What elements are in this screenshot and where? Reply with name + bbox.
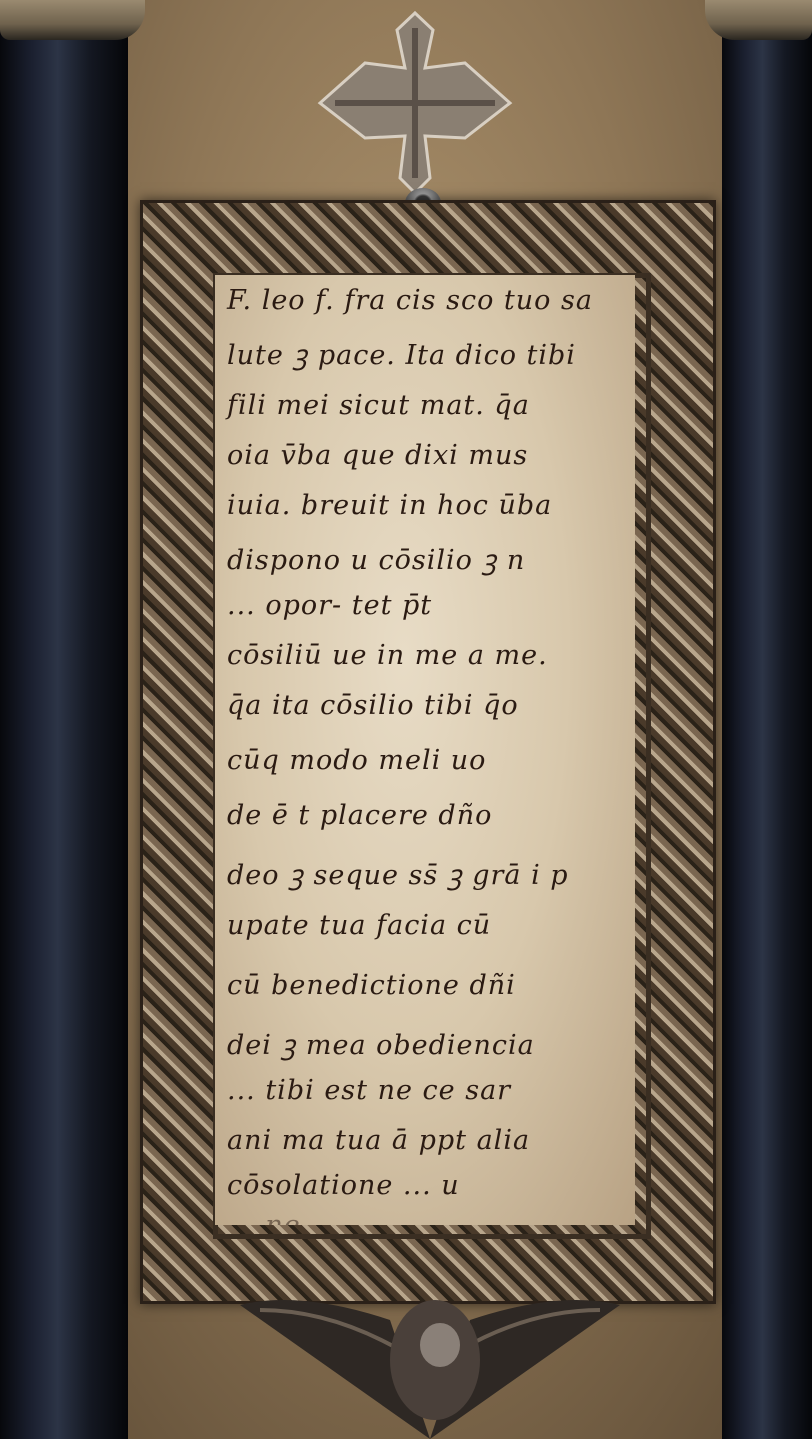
manuscript-line: oia v̄ba que dixi mus [227, 440, 528, 471]
manuscript-line: lute ꝫ pace. Ita dico tibi [227, 335, 576, 372]
left-column [0, 0, 128, 1439]
manuscript-line: ... opor- tet p̄t [227, 590, 432, 621]
right-column [722, 0, 812, 1439]
cross-icon [315, 8, 515, 198]
manuscript-line: deo ꝫ seque ss̄ ꝫ grā i p [227, 855, 569, 892]
manuscript-line: de ē t placere dño [227, 800, 492, 831]
manuscript-line: ... tibi est ne ce sar [227, 1075, 511, 1106]
manuscript-line: dispono u cōsilio ꝫ n [227, 540, 525, 577]
manuscript-line: cōsiliū ue in me a me. [227, 640, 548, 671]
manuscript-line: upate tua facia cū [227, 910, 491, 941]
manuscript-line: F. leo f. fra cis sco tuo sa [227, 285, 593, 316]
manuscript-line: ... ne ... [227, 1210, 339, 1225]
manuscript-parchment: F. leo f. fra cis sco tuo sa lute ꝫ pace… [215, 275, 635, 1225]
manuscript-line: q̄a ita cōsilio tibi q̄o [227, 690, 519, 721]
right-column-capital [705, 0, 812, 40]
manuscript-line: cū benedictione dñi [227, 970, 516, 1001]
manuscript-line: iuia. breuit in hoc ūba [227, 490, 552, 521]
manuscript-line: ani ma tua ā ppt alia [227, 1125, 530, 1156]
manuscript-line: cōsolatione ... u [227, 1170, 460, 1201]
manuscript-line: fili mei sicut mat. q̄a [227, 390, 530, 421]
cherub-icon [240, 1290, 620, 1439]
manuscript-line: cūq modo meli uo [227, 745, 486, 776]
manuscript-line: dei ꝫ mea obediencia [227, 1025, 535, 1062]
left-column-capital [0, 0, 145, 40]
